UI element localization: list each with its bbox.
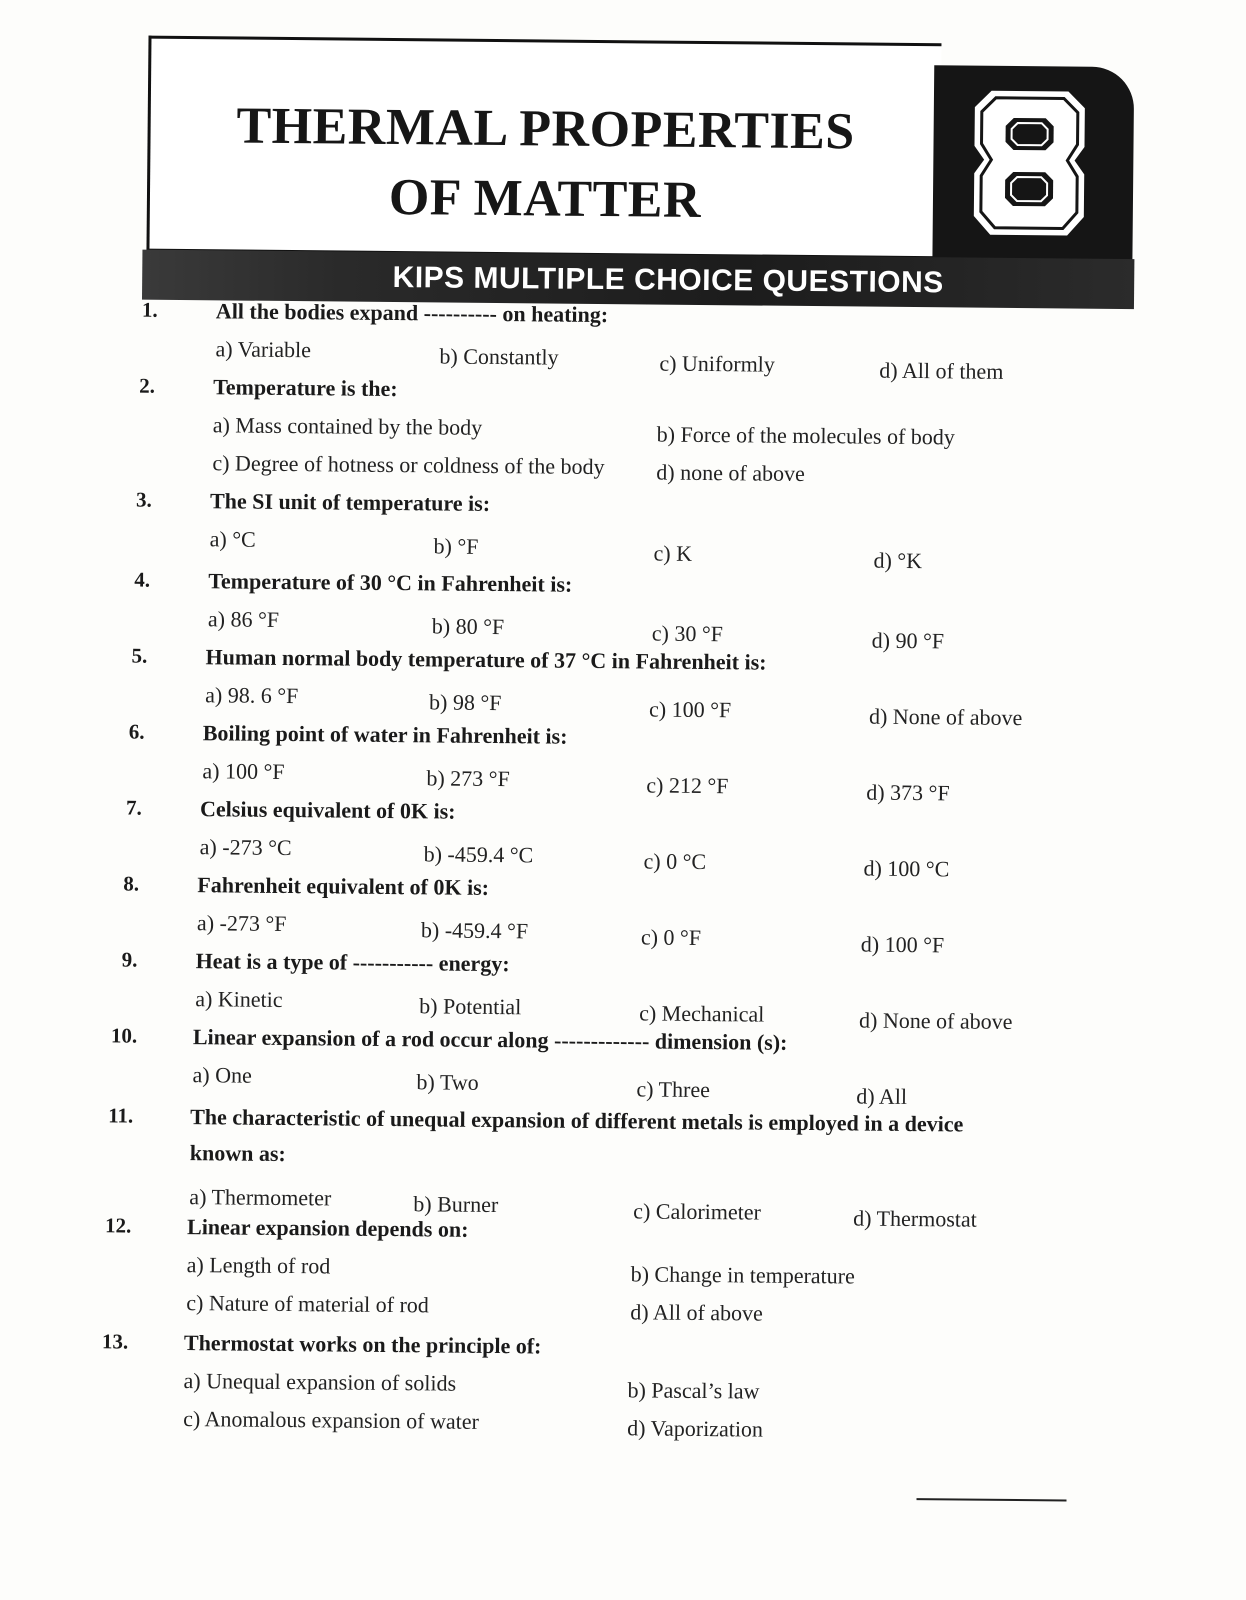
chapter-title-line1: THERMAL PROPERTIES: [150, 91, 941, 169]
question-number: 6.: [129, 719, 145, 744]
answer-option: a) Unequal expansion of solids: [183, 1368, 456, 1397]
question-number: 2.: [139, 374, 155, 399]
answer-option: b) Potential: [419, 993, 521, 1020]
answer-option: a) °C: [210, 526, 256, 552]
question-text: Fahrenheit equivalent of 0K is:: [197, 872, 489, 901]
question-text: The characteristic of unequal expansion …: [190, 1104, 963, 1137]
question-text-continued: known as:: [190, 1140, 286, 1167]
chapter-title-box: THERMAL PROPERTIES OF MATTER: [146, 36, 941, 260]
answer-option: c) 0 °F: [641, 924, 701, 951]
question-text: Temperature is the:: [213, 374, 398, 402]
answer-option: a) One: [192, 1062, 251, 1089]
question-number: 9.: [122, 947, 138, 972]
question-text: Linear expansion depends on:: [187, 1214, 469, 1243]
answer-option: c) 100 °F: [649, 696, 731, 723]
question-number: 11.: [108, 1103, 133, 1128]
answer-option: d) 100 °C: [863, 856, 949, 883]
document-page: THERMAL PROPERTIES OF MATTER KIPS MULTIP…: [0, 0, 1246, 1600]
answer-option: b) 80 °F: [432, 613, 505, 640]
answer-option: d) Vaporization: [627, 1415, 763, 1442]
chapter-number-tab: [932, 65, 1134, 263]
question-number: 5.: [131, 644, 147, 669]
question-number: 12.: [105, 1213, 131, 1238]
answer-option: a) Kinetic: [195, 986, 283, 1013]
question-number: 8.: [123, 871, 139, 896]
question-list: 1.All the bodies expand ---------- on he…: [3, 0, 1246, 6]
answer-option: a) 86 °F: [208, 606, 279, 633]
answer-option: c) 0 °C: [643, 848, 706, 875]
answer-option: d) None of above: [859, 1008, 1013, 1035]
answer-option: c) Mechanical: [639, 1000, 764, 1027]
answer-option: b) Constantly: [439, 343, 558, 370]
answer-option: c) Degree of hotness or coldness of the …: [212, 450, 604, 480]
answer-option: d) 90 °F: [872, 628, 945, 655]
answer-option: b) °F: [434, 533, 479, 559]
question-number: 3.: [136, 488, 152, 513]
answer-option: a) 100 °F: [202, 758, 284, 785]
question-text: Celsius equivalent of 0K is:: [200, 796, 456, 824]
question-text: Temperature of 30 °C in Fahrenheit is:: [208, 568, 572, 597]
answer-option: d) 100 °F: [861, 932, 945, 959]
answer-option: b) Two: [416, 1069, 478, 1096]
question-number: 13.: [102, 1329, 128, 1354]
answer-option: c) Three: [636, 1076, 710, 1103]
answer-option: d) All: [856, 1083, 907, 1109]
answer-option: c) Uniformly: [659, 351, 775, 378]
chapter-number-8-icon: [969, 88, 1090, 239]
answer-option: b) -459.4 °C: [424, 841, 534, 868]
answer-option: d) Thermostat: [853, 1205, 977, 1232]
answer-option: d) none of above: [656, 460, 805, 487]
question-text: Heat is a type of ----------- energy:: [196, 948, 510, 977]
answer-option: b) Force of the molecules of body: [657, 422, 955, 451]
question-text: Boiling point of water in Fahrenheit is:: [203, 720, 568, 749]
answer-option: a) -273 °F: [197, 910, 287, 937]
answer-option: b) Pascal’s law: [627, 1377, 759, 1404]
answer-option: c) Anomalous expansion of water: [183, 1406, 479, 1435]
answer-option: b) Burner: [413, 1191, 498, 1218]
answer-option: d) 373 °F: [866, 780, 950, 807]
answer-option: d) All of above: [630, 1299, 763, 1326]
question-text: Human normal body temperature of 37 °C i…: [205, 644, 766, 675]
question-text: Linear expansion of a rod occur along --…: [193, 1024, 788, 1056]
question-number: 7.: [126, 795, 142, 820]
answer-option: a) Mass contained by the body: [213, 412, 483, 441]
answer-option: c) Calorimeter: [633, 1198, 761, 1225]
answer-option: a) Thermometer: [189, 1184, 331, 1211]
chapter-title-line2: OF MATTER: [150, 161, 941, 239]
answer-option: b) 98 °F: [429, 689, 502, 716]
answer-option: c) 30 °F: [652, 621, 723, 648]
question-number: 10.: [111, 1023, 137, 1048]
answer-option: b) 273 °F: [426, 765, 510, 792]
answer-option: d) All of them: [879, 358, 1003, 385]
answer-option: a) 98. 6 °F: [205, 682, 298, 709]
answer-option: d) °K: [873, 548, 922, 574]
question-text: The SI unit of temperature is:: [210, 488, 490, 517]
question-text: Thermostat works on the principle of:: [184, 1330, 542, 1359]
answer-option: a) Length of rod: [187, 1252, 331, 1279]
footer-divider: [916, 1498, 1066, 1501]
section-banner-label: KIPS MULTIPLE CHOICE QUESTIONS: [142, 259, 1134, 303]
question-number: 4.: [134, 568, 150, 593]
answer-option: a) -273 °C: [200, 834, 292, 861]
answer-option: c) 212 °F: [646, 772, 728, 799]
question-number: 1.: [142, 298, 158, 323]
answer-option: d) None of above: [869, 704, 1023, 731]
answer-option: c) Nature of material of rod: [186, 1290, 429, 1318]
answer-option: c) K: [653, 541, 692, 567]
answer-option: b) Change in temperature: [631, 1261, 855, 1289]
answer-option: a) Variable: [215, 336, 311, 363]
chapter-title: THERMAL PROPERTIES OF MATTER: [150, 91, 941, 239]
question-text: All the bodies expand ---------- on heat…: [216, 298, 609, 328]
answer-option: b) -459.4 °F: [421, 917, 528, 944]
